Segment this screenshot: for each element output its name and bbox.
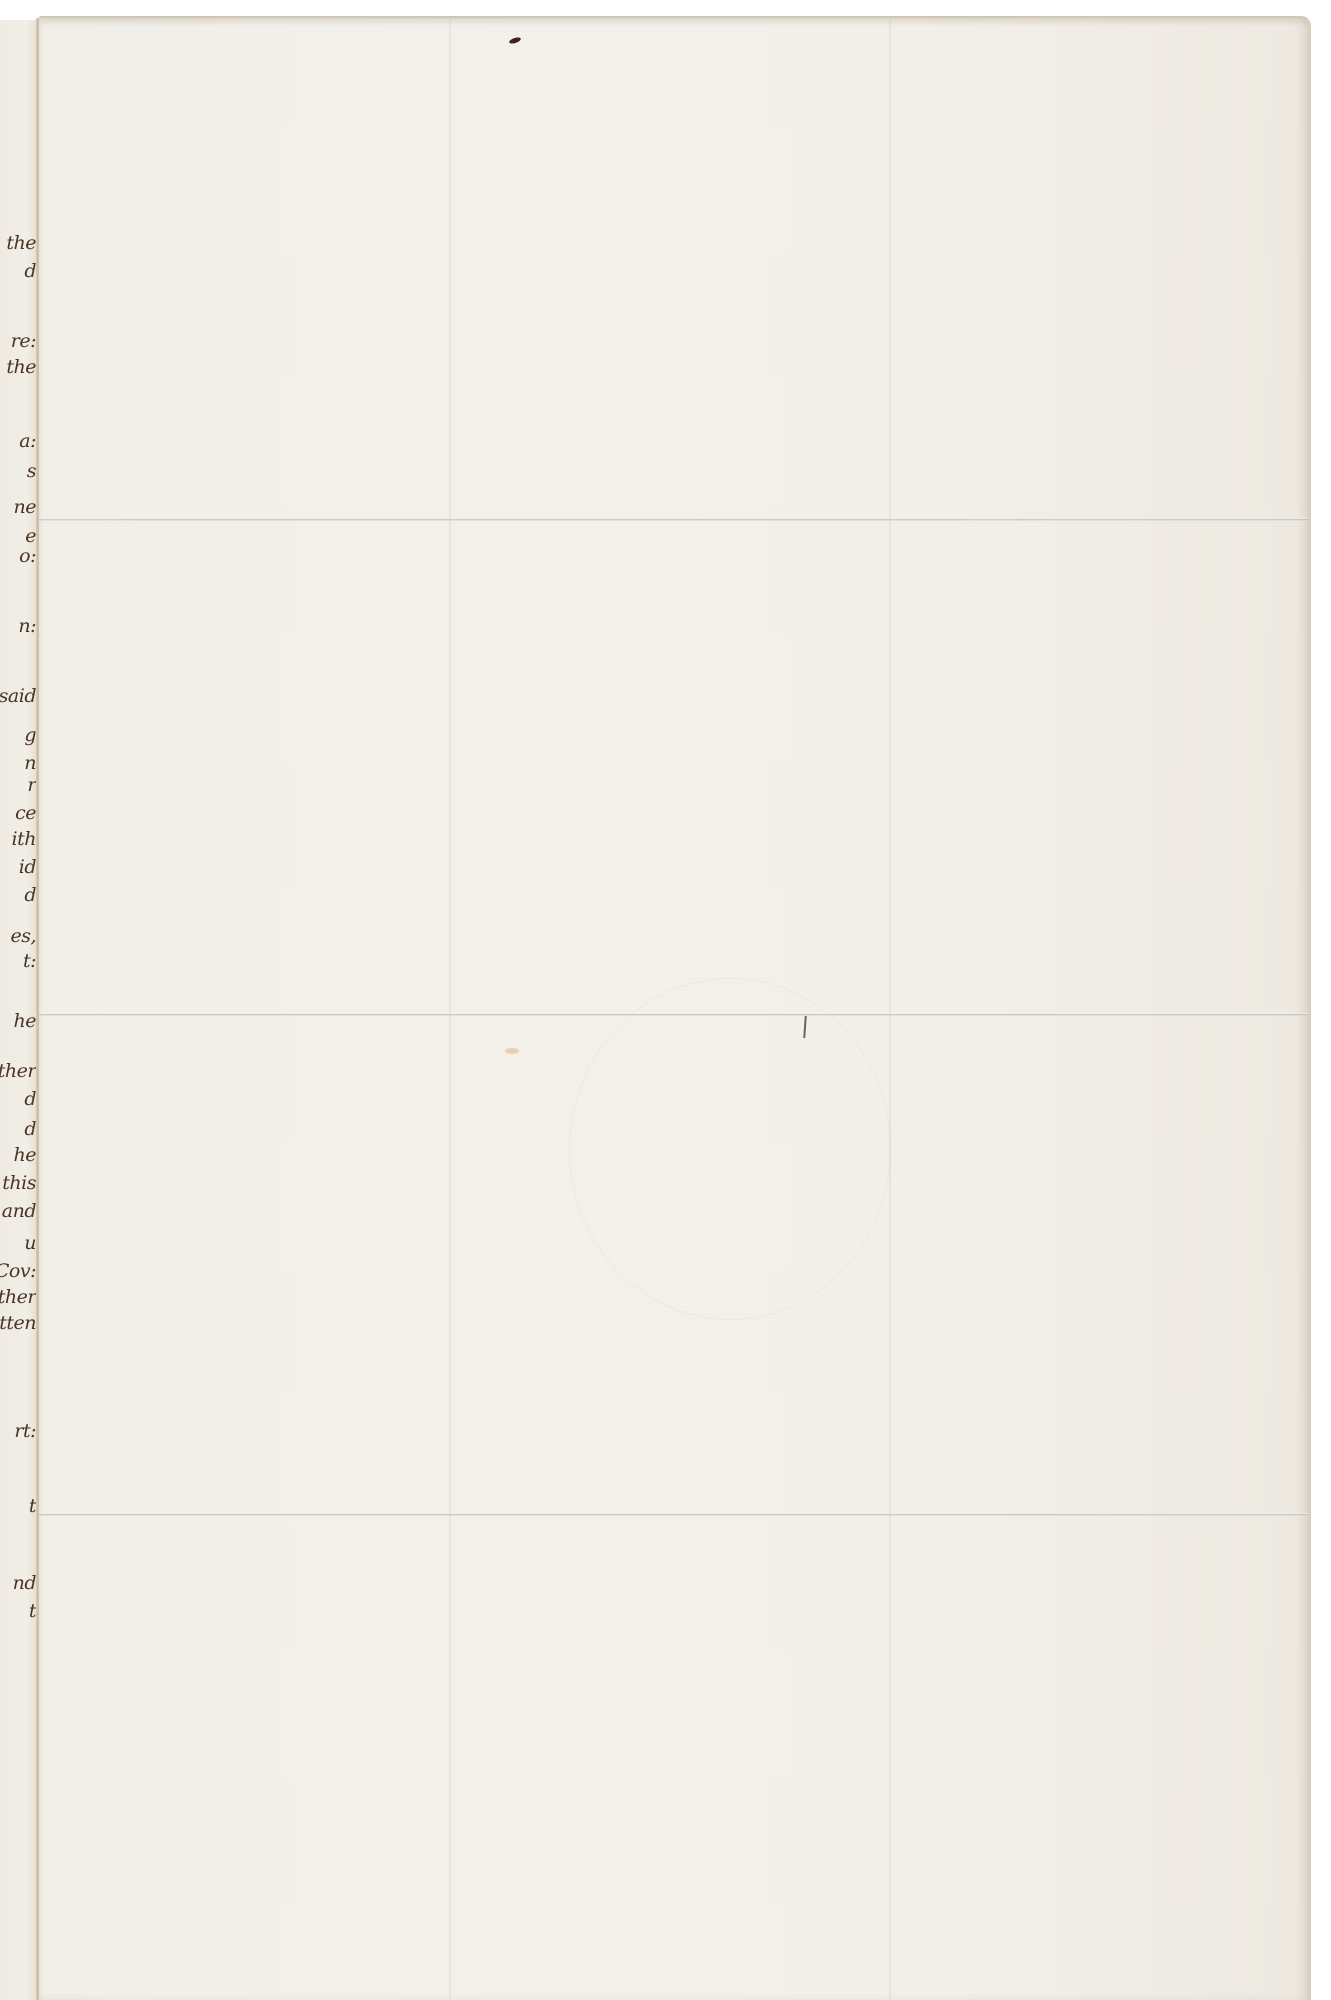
- scan-image: the d re: the a: s ne e o: n: said g n r…: [0, 0, 1331, 2000]
- handwriting-fragment: the: [6, 356, 36, 378]
- handwriting-fragment: ce: [15, 802, 36, 824]
- facing-page-strip: the d re: the a: s ne e o: n: said g n r…: [0, 20, 38, 2000]
- handwriting-fragment: re:: [11, 330, 36, 352]
- foxing-stain: [505, 1048, 519, 1054]
- ink-blot: [509, 36, 522, 44]
- handwriting-fragment: the: [6, 232, 36, 254]
- handwriting-fragment: t: [29, 1600, 36, 1622]
- handwriting-fragment: e: [25, 525, 36, 547]
- handwriting-fragment: he: [14, 1144, 36, 1166]
- handwriting-fragment: said: [0, 685, 36, 707]
- handwriting-fragment: ne: [14, 496, 36, 518]
- handwriting-fragment: o:: [19, 545, 36, 567]
- handwriting-fragment: n: [24, 752, 36, 774]
- handwriting-fragment: tten: [0, 1312, 36, 1334]
- handwriting-fragment: d: [24, 884, 36, 906]
- handwriting-fragment: ther: [0, 1286, 36, 1308]
- handwriting-fragment: es,: [10, 925, 36, 947]
- vertical-crease: [889, 18, 891, 2000]
- handwriting-fragment: a:: [19, 430, 36, 452]
- vertical-crease: [449, 18, 451, 2000]
- faint-watermark: [569, 978, 891, 1320]
- handwriting-fragment: he: [14, 1010, 36, 1032]
- handwriting-fragment: d: [24, 260, 36, 282]
- handwriting-fragment: and: [2, 1200, 36, 1222]
- handwriting-fragment: ith: [12, 828, 36, 850]
- horizontal-fold-crease: [39, 1513, 1309, 1516]
- handwriting-fragment: t: [29, 1495, 36, 1517]
- handwriting-fragment: id: [19, 856, 36, 878]
- handwriting-fragment: d: [24, 1088, 36, 1110]
- handwriting-fragment: this: [2, 1172, 36, 1194]
- handwriting-fragment: u: [24, 1232, 36, 1254]
- handwriting-fragment: n:: [18, 615, 36, 637]
- handwriting-fragment: Cov:: [0, 1260, 36, 1282]
- handwriting-fragment: nd: [13, 1572, 36, 1594]
- handwriting-fragment: g: [24, 724, 36, 746]
- handwriting-fragment: d: [24, 1118, 36, 1140]
- handwriting-fragment: s: [27, 460, 36, 482]
- handwriting-fragment: ther: [0, 1060, 36, 1082]
- handwriting-fragment: t:: [23, 950, 36, 972]
- handwriting-fragment: r: [27, 774, 36, 796]
- horizontal-fold-crease: [39, 518, 1309, 521]
- blank-leaf: [39, 16, 1311, 2000]
- handwriting-fragment: rt:: [14, 1420, 36, 1442]
